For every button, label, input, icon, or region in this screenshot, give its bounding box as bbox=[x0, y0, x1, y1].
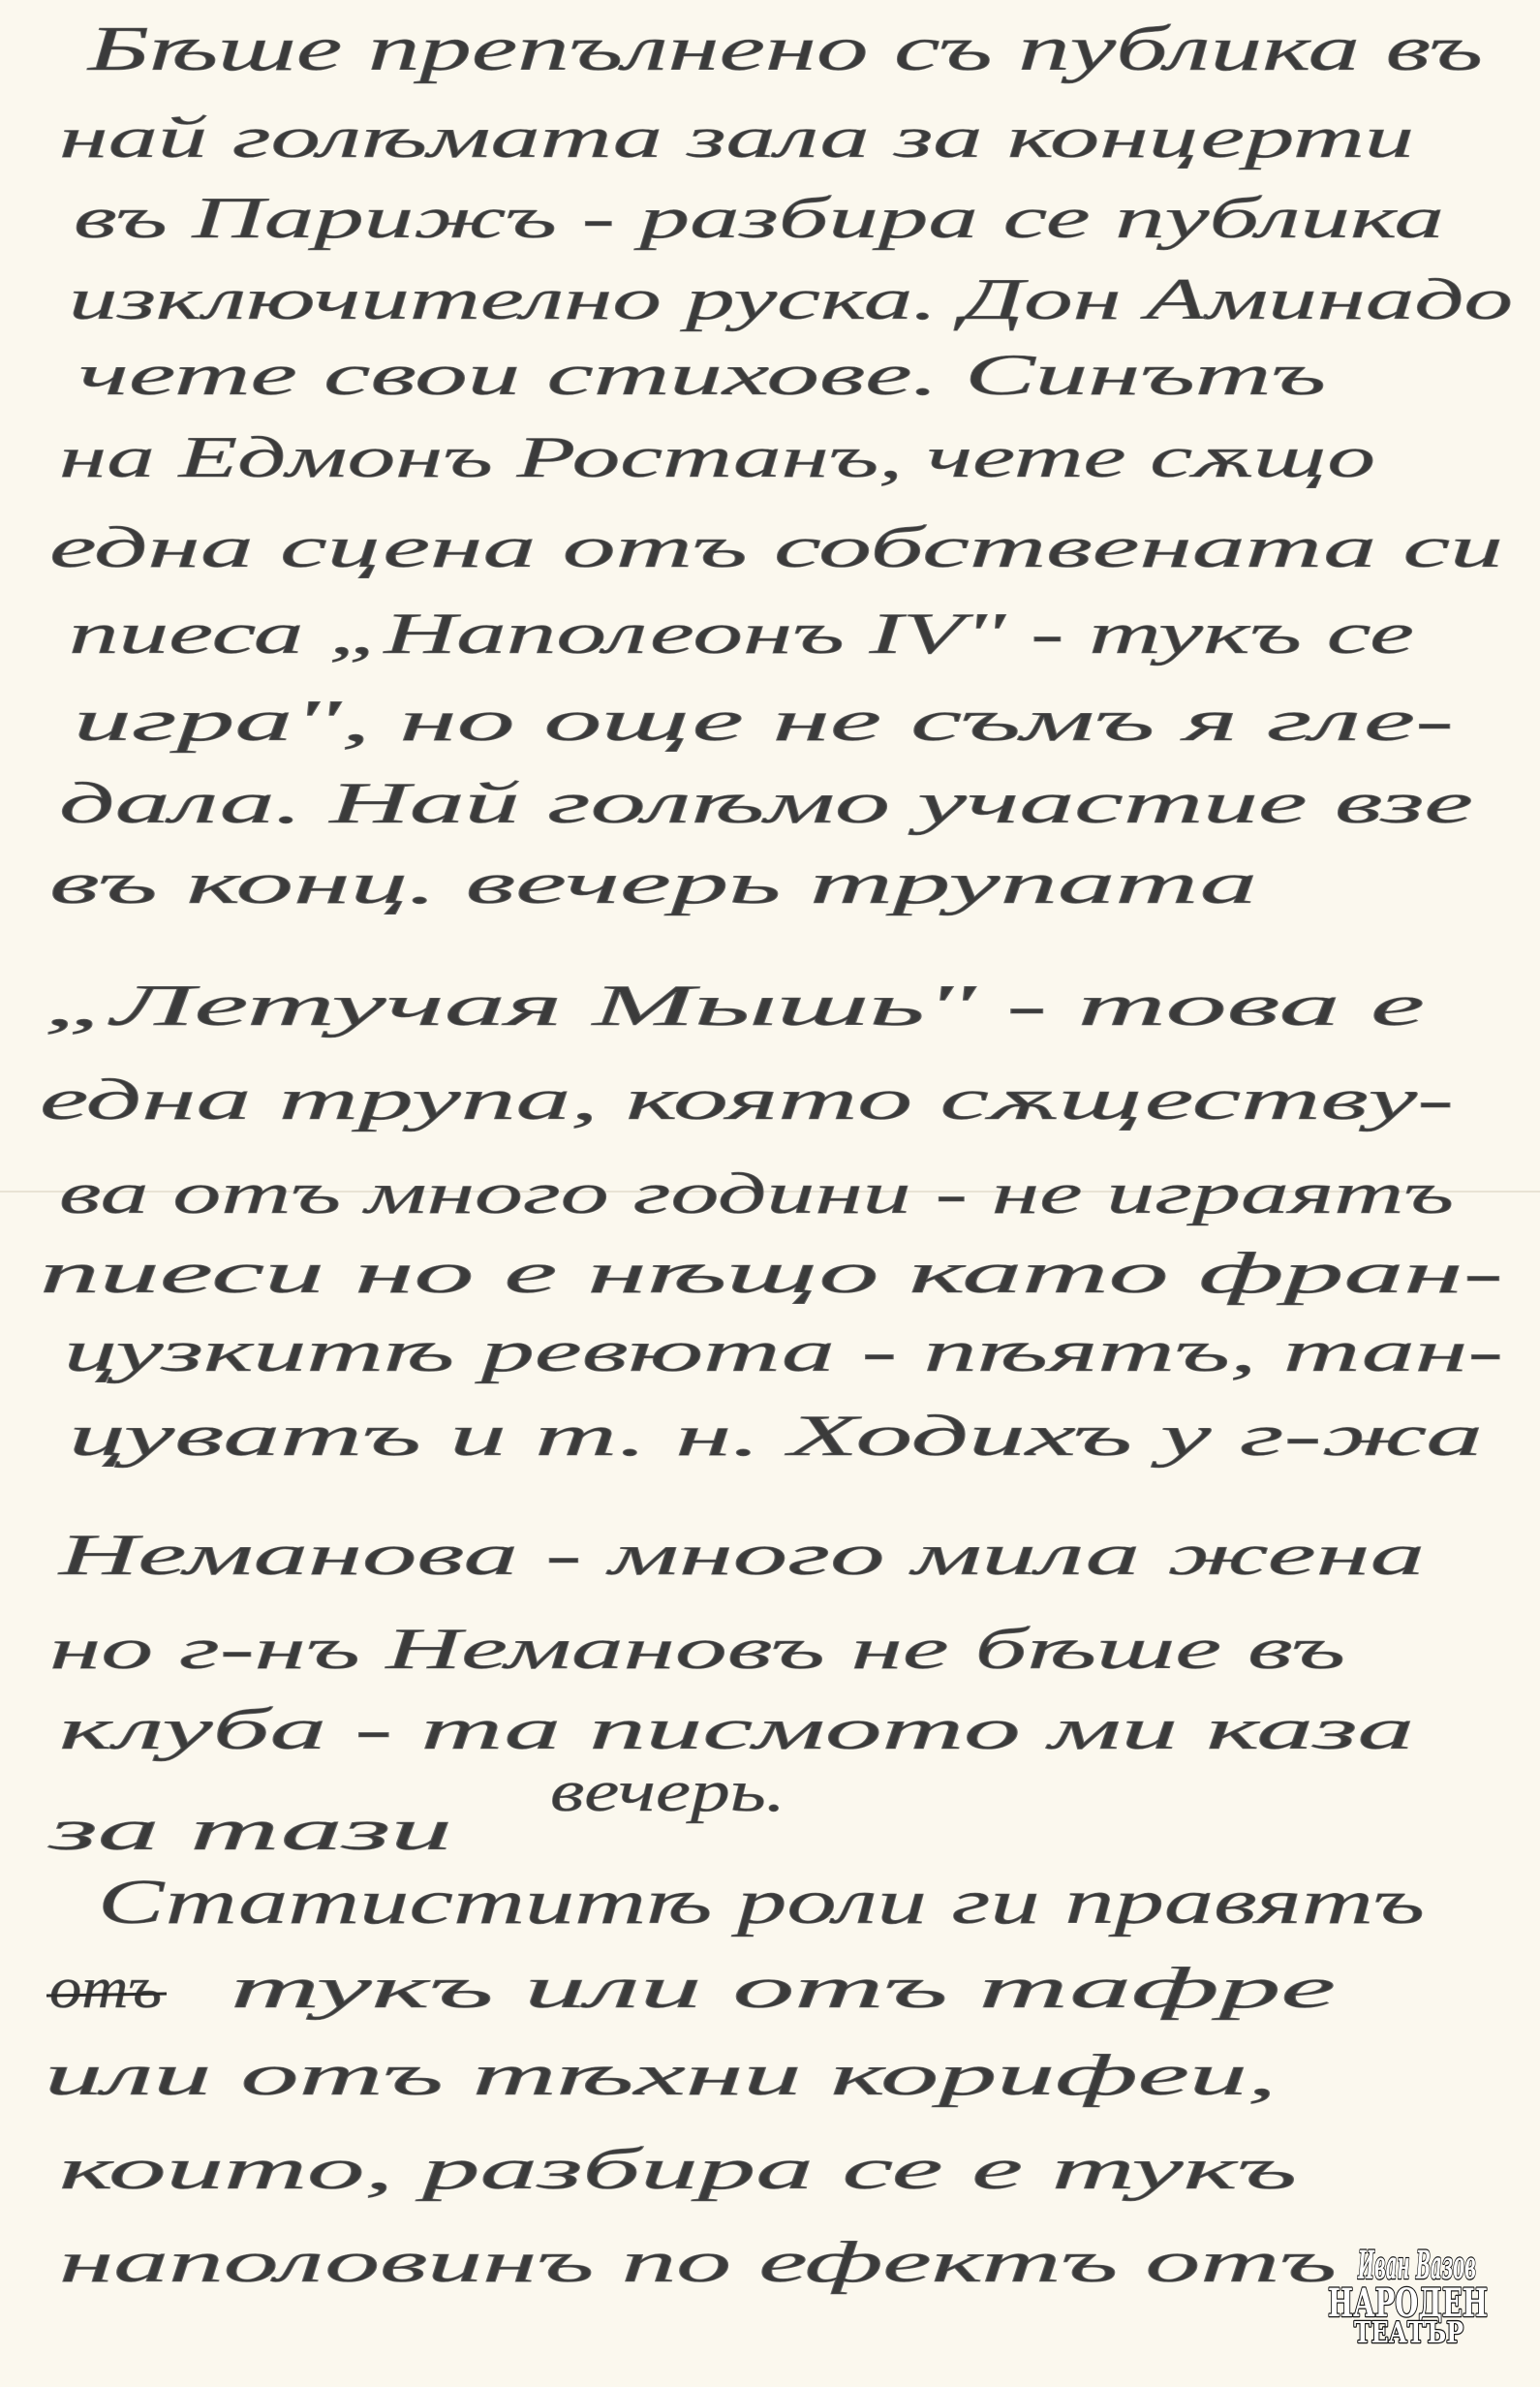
letter-line: една трупа, която сѫществу- bbox=[40, 1068, 1454, 1131]
letter-line: най голѣмата зала за концерти bbox=[59, 106, 1414, 170]
letter-line: дала. Най голѣмо участие взе bbox=[59, 771, 1473, 835]
letter-line: които, разбира се е тукъ bbox=[59, 2137, 1297, 2201]
letter-line: или отъ тѣхни корифеи, bbox=[45, 2043, 1277, 2107]
letter-line: ва отъ много години - не играятъ bbox=[59, 1162, 1454, 1225]
letter-line: цузкитѣ ревюта - пѣятъ, тан- bbox=[64, 1319, 1503, 1383]
letter-line: Бѣше препълнено съ публика въ bbox=[86, 14, 1483, 84]
letter-line: пиеси но е нѣщо като фран- bbox=[40, 1241, 1503, 1305]
letter-line: Статиститѣ роли ги правятъ bbox=[98, 1867, 1425, 1937]
letter-line: една сцена отъ собствената си bbox=[49, 515, 1503, 579]
letter-line: „Летучая Мышь" - това е bbox=[44, 974, 1425, 1038]
letter-line: пиеса „Наполеонъ IV" - тукъ се bbox=[69, 602, 1414, 666]
letter-line: цуватъ и т. н. Ходихъ у г-жа bbox=[69, 1404, 1483, 1468]
letter-line: изключително руска. Дон Аминадо bbox=[69, 267, 1513, 331]
letter-line: игра", но още не съмъ я гле- bbox=[74, 689, 1454, 753]
letter-line: въ конц. вечерь трупата bbox=[49, 852, 1257, 915]
strikethrough-mark bbox=[46, 1994, 167, 1996]
letter-line-raised-word: вечерь. bbox=[550, 1759, 785, 1823]
letter-line: на Едмонъ Ростанъ, чете сѫщо bbox=[59, 425, 1375, 489]
letter-line: Неманова - много мила жена bbox=[57, 1523, 1425, 1587]
letter-line: чете свои стихове. Синътъ bbox=[78, 343, 1326, 407]
letter-line: клуба - та писмото ми каза bbox=[59, 1697, 1414, 1761]
letter-line: наполовинъ по ефектъ отъ bbox=[59, 2230, 1337, 2294]
letter-page-scan: Бѣше препълнено съ публика въ най голѣма… bbox=[0, 0, 1540, 2387]
struck-word: отъ bbox=[49, 1956, 162, 2020]
letter-line: за тази bbox=[47, 1798, 452, 1862]
letter-line: въ Парижъ - разбира се публика bbox=[74, 186, 1444, 250]
letter-line: но г-нъ Немановъ не бѣше въ bbox=[49, 1617, 1345, 1681]
logo-subtitle: ТЕАТЪР bbox=[1354, 2316, 1463, 2350]
letter-line: тукъ или отъ тафре bbox=[231, 1956, 1336, 2020]
